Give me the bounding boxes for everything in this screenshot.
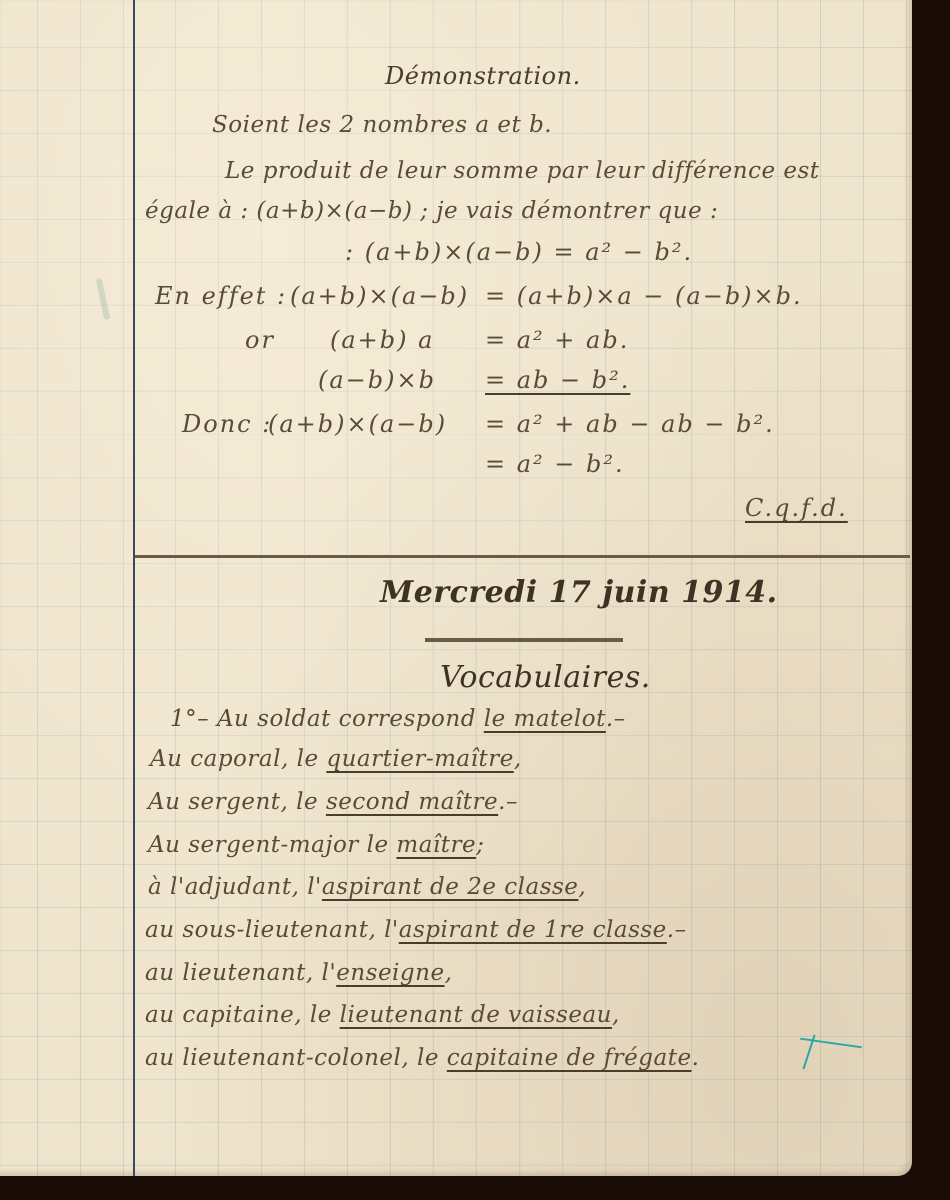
- vocab-item-2: Au caporal, le quartier-maître,: [150, 746, 522, 772]
- vocab-item-7: au lieutenant, l'enseigne,: [145, 960, 452, 986]
- demo-line-2: Le produit de leur somme par leur différ…: [225, 158, 820, 184]
- proof-rhs-4: = a² + ab − ab − b².: [485, 410, 775, 438]
- proof-rhs-5: = a² − b².: [485, 450, 625, 478]
- notebook-page: Démonstration. Soient les 2 nombres a et…: [0, 0, 912, 1176]
- demo-line-1: Soient les 2 nombres a et b.: [212, 112, 552, 138]
- proof-rhs-3: = ab − b².: [485, 366, 630, 394]
- vocab-item-6: au sous-lieutenant, l'aspirant de 1re cl…: [145, 917, 687, 943]
- proof-label-4: Donc :: [182, 410, 272, 438]
- proof-label-2: or: [245, 326, 275, 354]
- section-divider: [135, 555, 910, 558]
- proof-lhs-3: (a−b)×b: [318, 366, 436, 394]
- vocab-item-4: Au sergent-major le maître;: [148, 832, 484, 858]
- proof-rhs-1: = (a+b)×a − (a−b)×b.: [485, 282, 803, 310]
- proof-label-1: En effet :: [155, 282, 287, 310]
- vocab-item-8: au capitaine, le lieutenant de vaisseau,: [145, 1002, 620, 1028]
- vocab-item-3: Au sergent, le second maître.–: [148, 789, 518, 815]
- demo-line-4: : (a+b)×(a−b) = a² − b².: [345, 238, 693, 266]
- proof-lhs-4: (a+b)×(a−b): [268, 410, 447, 438]
- margin-line: [133, 0, 135, 1176]
- faint-stain: [96, 278, 111, 320]
- proof-lhs-1: (a+b)×(a−b): [290, 282, 469, 310]
- vocab-item-5: à l'adjudant, l'aspirant de 2e classe,: [148, 874, 586, 900]
- proof-lhs-2: (a+b) a: [330, 326, 434, 354]
- qed-mark: C.q.f.d.: [745, 494, 848, 522]
- proof-rhs-2: = a² + ab.: [485, 326, 629, 354]
- demonstration-title: Démonstration.: [385, 62, 581, 90]
- vocab-item-1: 1°– Au soldat correspond le matelot.–: [170, 706, 626, 732]
- title-rule: [425, 638, 623, 642]
- entry-date: Mercredi 17 juin 1914.: [380, 575, 778, 610]
- demo-line-3: égale à : (a+b)×(a−b) ; je vais démontre…: [145, 198, 718, 224]
- vocab-item-9: au lieutenant-colonel, le capitaine de f…: [145, 1045, 699, 1071]
- vocabulary-title: Vocabulaires.: [440, 660, 651, 695]
